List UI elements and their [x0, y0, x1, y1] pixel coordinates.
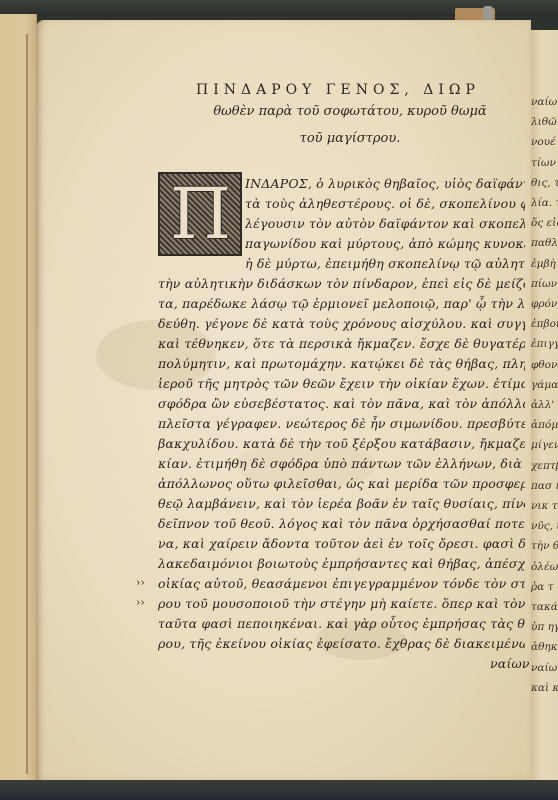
right-page-fragment: ἀλλ' α	[531, 395, 558, 415]
initial-letter: Π	[170, 178, 230, 250]
text-line: παγωνίδου καὶ μύρτους, ἀπὸ κώμης κυνοκεφ…	[245, 234, 525, 254]
text-line: ταῦτα φασὶ πεποιηκέναι. καὶ γὰρ οὗτος ἐμ…	[158, 614, 525, 634]
right-page-fragment: ὅς εἰς	[531, 213, 558, 233]
quotation-margin-marker: ››	[136, 576, 145, 589]
page-title: ΠΙΝΔΑΡΟΥ ΓΕΝΟΣ, ΔΙΩΡ	[196, 82, 516, 98]
right-page-fragment: ἐμβὴ	[531, 254, 558, 274]
text-line: δεύθη. γέγονε δὲ κατὰ τοὺς χρόνους αἰσχύ…	[158, 314, 525, 334]
text-line: λέγουσιν τὸν αὐτὸν δαϊφάντον καὶ σκοπελῖ…	[245, 214, 525, 234]
right-page-fragment: ἐπβον	[531, 314, 558, 334]
text-line: ρου, τῆς ἐκείνου οἰκίας ἐφείσατο. ἔχθρας…	[158, 634, 525, 654]
right-page-fragment: παθλ	[531, 233, 558, 253]
scanner-bed-bottom	[0, 780, 558, 800]
right-page-fragment: φθονεῖ	[531, 355, 558, 375]
right-page-fragment: νῦς, ἱ	[531, 516, 558, 536]
text-line: τὴν αὐλητικὴν διδάσκων τὸν πίνδαρον, ἐπε…	[158, 274, 525, 294]
right-page-fragment: γάμα τ	[531, 375, 558, 395]
catchword: ναίων	[490, 654, 530, 674]
right-page-fragment: πίων	[531, 274, 558, 294]
text-line: βακχυλίδου. κατὰ δὲ τὴν τοῦ ξέρξου κατάβ…	[158, 434, 525, 454]
page-subtitle-line-1: θωθὲν παρὰ τοῦ σοφωτάτου, κυροῦ θωμᾶ	[180, 104, 520, 119]
text-line: ρου τοῦ μουσοποιοῦ τὴν στέγην μὴ καίετε.…	[158, 594, 525, 614]
previous-page-edge	[0, 14, 37, 782]
text-line: ἡ δὲ μύρτω, ἐπειμήθη σκοπελίνῳ τῷ αὐλητῇ…	[245, 254, 525, 274]
right-page-fragment: ἐπιγγε.	[531, 334, 558, 354]
right-page-fragment: τίων	[531, 153, 558, 173]
text-line: ἱεροῦ τῆς μητρὸς τῶν θεῶν ἔχειν τὴν οἰκί…	[158, 374, 525, 394]
right-page-fragment: ὀλέω	[531, 557, 558, 577]
right-page-fragment: νουέ	[531, 132, 558, 152]
text-line: σφόδρα ὢν εὐσεβέστατος. καὶ τὸν πᾶνα, κα…	[158, 394, 525, 414]
metal-clip	[483, 6, 493, 20]
text-line: τὰ τοὺς ἀληθεστέρους. οἱ δὲ, σκοπελίνου …	[245, 194, 525, 214]
right-page-fragment: χεπτβ	[531, 456, 558, 476]
decorated-initial: Π	[158, 172, 242, 256]
right-page-fragment: θις, τ	[531, 173, 558, 193]
text-line: οἰκίας αὐτοῦ, θεασάμενοι ἐπιγεγραμμένον …	[158, 574, 525, 594]
text-line: καὶ τέθνηκεν, ὅτε τὰ περσικὰ ἤκμαζεν. ἔσ…	[158, 334, 525, 354]
right-page-fragment: ἀθηκελία	[531, 637, 558, 657]
right-page-fragment: φρόν.	[531, 294, 558, 314]
right-page-fragment: πασ ι	[531, 476, 558, 496]
right-page-fragment: νικ τὶν	[531, 496, 558, 516]
right-page-fragment: λιθῶ	[531, 112, 558, 132]
right-page-fragment: ναίων	[531, 92, 558, 112]
right-page-fragment: τακάμιν	[531, 597, 558, 617]
right-page-fragment: ῥα τ	[531, 577, 558, 597]
right-page-fragment: καὶ κελ	[531, 678, 558, 698]
scan-scene: ΠΙΝΔΑΡΟΥ ΓΕΝΟΣ, ΔΙΩΡ θωθὲν παρὰ τοῦ σοφω…	[0, 0, 558, 800]
text-line: ΙΝΔΑΡΟΣ, ὁ λυρικὸς θηβαῖος, υἱὸς δαϊφάντ…	[245, 174, 525, 194]
page-fold-line	[26, 34, 36, 774]
right-page-fragment: μίγεντ	[531, 435, 558, 455]
page-subtitle-line-2: τοῦ μαγίστρου.	[180, 131, 520, 146]
text-line: θεῷ λαμβάνειν, καὶ τὸν ἱερέα βοᾶν ἐν ταῖ…	[158, 494, 525, 514]
right-page-fragment: τὴν θ	[531, 536, 558, 556]
text-line: δεῖπνον τοῦ θεοῦ. λόγος καὶ τὸν πᾶνα ὀρχ…	[158, 514, 525, 534]
text-line: πλεῖστα γέγραφεν. νεώτερος δὲ ἦν σιμωνίδ…	[158, 414, 525, 434]
text-line: τα, παρέδωκε λάσῳ τῷ ἑρμιονεῖ μελοποιῷ, …	[158, 294, 525, 314]
text-line: πολύμητιν, καὶ πρωτομάχην. κατῴκει δὲ τὰ…	[158, 354, 525, 374]
right-page-fragment: ὑπ ηγα	[531, 617, 558, 637]
text-line: ἀπόλλωνος οὕτω φιλεῖσθαι, ὡς καὶ μερίδα …	[158, 474, 525, 494]
text-line: λακεδαιμόνιοι βοιωτοὺς ἐμπρήσαντες καὶ θ…	[158, 554, 525, 574]
right-page-fragment: λία. τ	[531, 193, 558, 213]
right-page-fragment: ναίων ὕπ	[531, 658, 558, 678]
quotation-margin-marker: ››	[136, 596, 145, 609]
text-line: κίαν. ἐτιμήθη δὲ σφόδρα ὑπὸ πάντων τῶν ἑ…	[158, 454, 525, 474]
right-page-fragment: ἀπόμ	[531, 415, 558, 435]
text-line: να, καὶ χαίρειν ἄδοντα τοῦτον ἀεὶ ἐν τοῖ…	[158, 534, 525, 554]
